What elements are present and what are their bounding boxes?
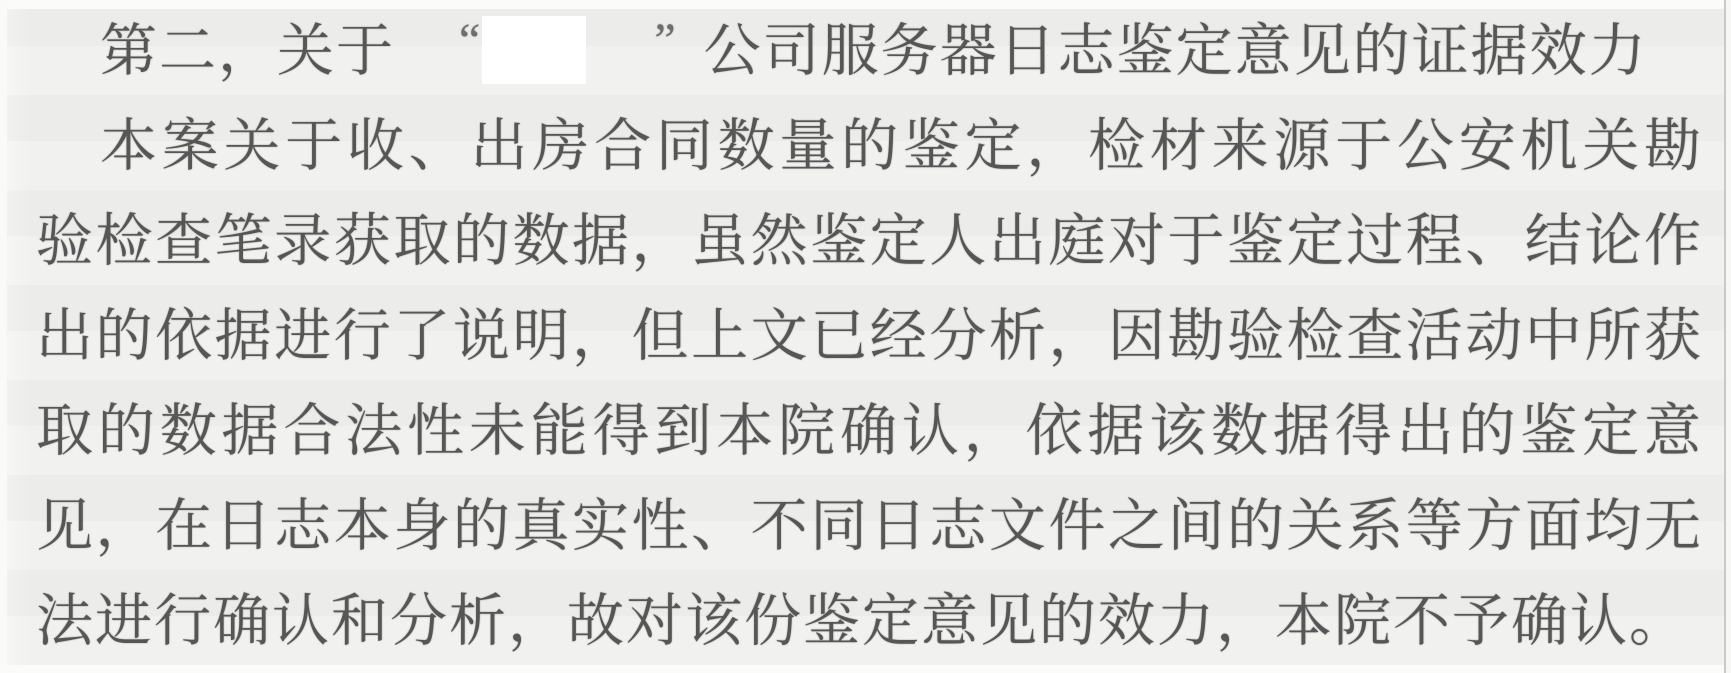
left-quote-mark: “ [395, 0, 480, 88]
body-line: 取的数据合法性未能得到本院确认，依据该数据得出的鉴定意 [36, 384, 1703, 479]
body-line: 法进行确认和分析，故对该份鉴定意见的效力，本院不予确认。 [36, 574, 1703, 669]
right-quote-mark: ” [590, 0, 675, 88]
body-line: 本案关于收、出房合同数量的鉴定，检材来源于公安机关勘 [36, 99, 1703, 194]
body-line: 见，在日志本身的真实性、不同日志文件之间的关系等方面均无 [36, 479, 1703, 574]
body-line: 出的依据进行了说明，但上文已经分析，因勘验检查活动中所获 [36, 289, 1703, 384]
heading-line: 第二，关于“”公司服务器日志鉴定意见的证据效力 [36, 4, 1703, 99]
body-line: 验检查笔录获取的数据，虽然鉴定人出庭对于鉴定过程、结论作 [36, 194, 1703, 289]
judgment-text-block: 第二，关于“”公司服务器日志鉴定意见的证据效力 本案关于收、出房合同数量的鉴定，… [0, 0, 1731, 673]
heading-prefix: 第二，关于 [100, 20, 395, 83]
heading-suffix: 公司服务器日志鉴定意见的证据效力 [704, 20, 1648, 83]
scanned-page: 第二，关于“”公司服务器日志鉴定意见的证据效力 本案关于收、出房合同数量的鉴定，… [0, 0, 1731, 673]
redacted-company-name [482, 16, 586, 84]
